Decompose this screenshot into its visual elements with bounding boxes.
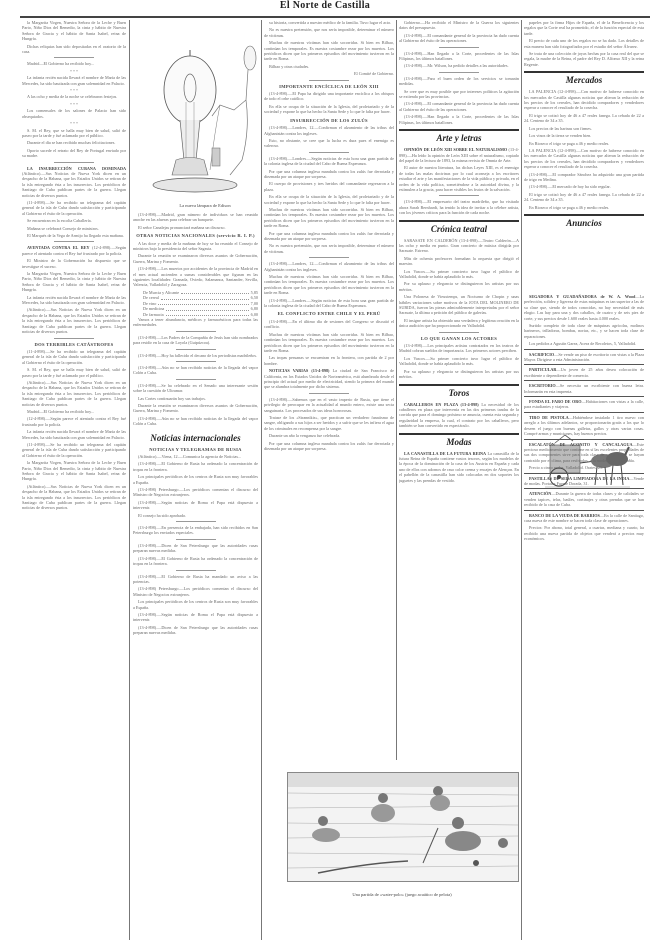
ad-heading: PASTILLAS DE SEDA LIMPIADORA DE LA INDIA: [529, 476, 629, 481]
paragraph: Los Vascos.—Su primer concierto tuvo lug…: [399, 356, 519, 367]
paragraph: Por que una columna inglesa mandada cont…: [264, 441, 394, 452]
divider: [524, 380, 644, 381]
separator: [309, 152, 349, 153]
paragraph: LA PALENCIA (12-4-898).—Con motivo de ha…: [524, 148, 644, 170]
price-table: De Murcia y Alicante5,85 De cereal6,50 D…: [133, 290, 258, 317]
article-heading: LA INSURRECCIÓN CUBANA DOMINADA: [27, 166, 126, 171]
paragraph: (13-4-898).—El comprador Sánchez ha adqu…: [524, 172, 644, 183]
section-heading-toros: Toros: [399, 384, 519, 399]
paragraph: El precio de cada uno de los regalos no …: [524, 38, 644, 49]
paragraph: Se encuentran en la escolta Caballería.: [22, 218, 126, 223]
paragraph: (13-4-898) Petersburgo.—Los periódicos c…: [133, 487, 258, 498]
separator: [176, 521, 216, 522]
paragraph: (13-4-898).—Han llegado a la Corte, proc…: [399, 114, 519, 125]
separator: [176, 331, 216, 332]
paragraph: Tratase de los «Strannikis», que practic…: [264, 415, 394, 431]
separator-stars: * * *: [22, 121, 126, 126]
paragraph: (13-4-898).—Londres, 12.—Confirman el al…: [264, 261, 394, 272]
paragraph: Por que una columna inglesa mandada cont…: [264, 231, 394, 242]
ad-heading: SEGADORA Y GUADAÑADORA de W. A. Wood: [529, 294, 635, 299]
paragraph: S. M. el Rey, que se halla muy bien de s…: [22, 367, 126, 378]
paragraph: La canastilla de la futura Reina de Espa…: [399, 451, 519, 483]
paragraph: (13-4-898).—En presencia de la embajada,…: [133, 525, 258, 536]
paragraph: Muchas de nuestras víctimas han sido soc…: [264, 332, 394, 354]
paragraph: (Atlántico).—Viena, 12.—Comunica la agen…: [133, 454, 258, 459]
paragraph: (13-4-898).—El empresario del teatro mad…: [399, 199, 519, 215]
section-heading-modas: Modas: [399, 433, 519, 448]
paragraph: (13-4-898).—Londres.—Según noticias de e…: [264, 298, 394, 309]
paragraph: El trigo se cotizó hoy de 46 a 47 reales…: [524, 192, 644, 203]
paragraph: (13-4-898).—Se ha celebrado en el Senado…: [133, 383, 258, 394]
paragraph: El Ministro de la Gobernación ha dispues…: [22, 258, 126, 269]
separator: [176, 349, 216, 350]
divider: [524, 473, 644, 474]
paragraph: No es nuestra pretensión, que nos sería …: [264, 27, 394, 38]
column-rule: [521, 20, 522, 940]
paragraph: Los vinos de la tierra se venden bien.: [524, 133, 644, 138]
paragraph: El autor de nuestra literatura, las dich…: [399, 165, 519, 192]
column-rule: [129, 20, 130, 940]
paragraph: El trigo se cotizó hoy de 46 a 47 reales…: [524, 113, 644, 124]
ad-text: Los pedidos a Agustín Garea, Acera de Re…: [524, 341, 644, 346]
paragraph: En ella se ocupa de la situación de la I…: [264, 104, 394, 115]
divider: [524, 412, 644, 413]
divider: [524, 396, 644, 397]
separator: [439, 47, 479, 48]
paragraph: Los precios de las harinas son firmes.: [524, 126, 644, 131]
water-polo-illustration: [287, 772, 519, 882]
edison-lamp-illustration: [150, 30, 260, 215]
paragraph: Las tropas peruanas se encuentran en la …: [264, 355, 394, 366]
paragraph: (13-4-898).—En el último día de sesiones…: [264, 319, 394, 330]
paragraph: El Marqués de la Vega de Armijo ha llega…: [22, 233, 126, 238]
water-polo-caption: Una partida de «water-polo» (juego acuát…: [287, 892, 517, 897]
separator: [309, 393, 349, 394]
paragraph: Durante el día se han recibido muchas fe…: [22, 140, 126, 145]
column-1: la Margarita Virgen, Nuestra Señora de l…: [22, 20, 126, 940]
divider: [524, 439, 644, 440]
paragraph: la Margarita Virgen, Nuestra Señora de l…: [22, 20, 126, 42]
separator: [176, 379, 216, 380]
paragraph: (Atlántico).—Sus Noticias de Nueva York …: [22, 171, 126, 198]
paragraph: (13-4-898).—Dicen de San Petersburgo que…: [133, 543, 258, 554]
ad-heading: SACRIFICIO: [529, 352, 554, 357]
separator-stars: * * *: [22, 88, 126, 93]
separator: [176, 361, 216, 362]
divider: [524, 510, 644, 511]
paragraph: Durante la reunión se examinaron diverso…: [133, 253, 258, 264]
column-5: papeles por la firma Hijos de España, el…: [524, 20, 644, 940]
paragraph: (13-4-898).—El Gobierno de Rusia ha orde…: [133, 461, 258, 472]
illustration-spacer: [524, 232, 644, 294]
article-heading: LA CANASTILLA DE LA FUTURA REINA: [404, 451, 486, 456]
article-heading: DOS TERRIBLES CATÁSTROFES: [22, 342, 126, 347]
paragraph: su historia, convertida a nuestro médico…: [264, 20, 394, 25]
ad-text: Precios: Por abono, total general, a cua…: [524, 525, 644, 541]
paragraph: Por su aplauso y elegancia se distinguie…: [399, 369, 519, 380]
paragraph: (13-4-898).—Para el buen orden de los se…: [399, 76, 519, 87]
paragraph: Los principales periódicos de los centro…: [133, 474, 258, 485]
section-heading-arte-y-letras: Arte y letras: [399, 129, 519, 144]
paragraph: En ella se ocupa de la situación de la I…: [264, 194, 394, 205]
paragraph: La infanta recién nacida llevará el nomb…: [22, 429, 126, 440]
paragraph: Durante un año la venganza fue celebrada…: [264, 433, 394, 438]
article-heading: EL CONFLICTO ENTRE CHILE Y EL PERÚ: [264, 311, 394, 316]
paragraph: A las ocho y media de la noche se celebr…: [22, 94, 126, 99]
separator: [309, 80, 349, 81]
paragraph: LA PALENCIA (12-4-898).—Con motivo de ha…: [524, 89, 644, 111]
paragraph: (13-4-898).—Sabemos que en el vasto impe…: [264, 397, 394, 413]
separator: [54, 338, 94, 339]
paragraph: Más de ochenta profesores formaban la or…: [399, 256, 519, 267]
article-heading: INSURRECCIÓN DE LOS ZULÚS: [264, 118, 394, 123]
divider: [524, 488, 644, 489]
section-heading-mercados: Mercados: [524, 71, 644, 86]
paragraph: (Atlántico).—Sus Noticias de Nueva York …: [22, 307, 126, 334]
section-heading-anuncios: Anuncios: [524, 214, 644, 229]
ad-heading: ESCRITORIO: [529, 383, 556, 388]
separator-stars: * * *: [22, 69, 126, 74]
masthead-rule: [20, 16, 650, 18]
ad-text: Surtido completo de toda clase de máquin…: [524, 323, 644, 339]
paragraph: El señor Canalejas pronunciará mañana un…: [133, 225, 258, 230]
paragraph: El insigne artista ha obtenido una verda…: [399, 318, 519, 329]
paragraph: papeles por la firma Hijos de España, el…: [524, 20, 644, 36]
paragraph: Las Cortes continuarán hoy sus trabajos.: [133, 396, 258, 401]
separator: [54, 57, 94, 58]
paragraph: (13-4-898).—El comandante general de la …: [399, 101, 519, 112]
divider: [524, 349, 644, 350]
paragraph: En Rioseco el trigo se paga a 46 y medio…: [524, 205, 644, 210]
paragraph: Muchas de nuestras víctimas han sido soc…: [264, 274, 394, 296]
paragraph: Muchas de nuestras víctimas han sido soc…: [264, 40, 394, 62]
ad-heading: TIRO DE PISTOLA: [529, 415, 569, 420]
paragraph: (13-4-898).—Los Padres de la Compañía de…: [133, 335, 258, 346]
ad-heading: ESCALATÓN DE ACONITO Y CANCALAGUA: [529, 442, 633, 447]
paragraph: Durante la reunión se examinaron diverso…: [133, 403, 258, 414]
separator-stars: * * *: [22, 102, 126, 107]
separator: [439, 332, 479, 333]
column-rule: [261, 20, 262, 940]
paragraph: Oporto sucede el retrato del Rey de Port…: [22, 148, 126, 159]
paragraph: (Atlántico).—Sus Noticias de Nueva York …: [22, 484, 126, 511]
paragraph: (13-4-898).—Según noticias de Roma el Pa…: [133, 500, 258, 511]
separator: [176, 539, 216, 540]
paragraph: Gobierno.—Ha recibido el Ministro de la …: [399, 20, 519, 31]
paragraph: Una Polonesa de Vieuxtemps, un Nocturno …: [399, 294, 519, 316]
paragraph: Vamos a tener abundancia, médicos y farm…: [133, 317, 258, 328]
paragraph: Muchas de nuestras víctimas han sido soc…: [264, 207, 394, 229]
lamp-caption: La nueva lámpara de Edison: [150, 203, 260, 208]
paragraph: (11-4-898).—Se ha recibido un telegrama …: [22, 349, 126, 365]
paragraph: A las doce y media de la mañana de hoy s…: [133, 241, 258, 252]
paragraph: La infanta recién nacida llevará el nomb…: [22, 295, 126, 306]
paragraph: (13-4-898).—Los muertos por accidentes d…: [133, 266, 258, 288]
paragraph: (13-4-898).—Aún no se han recibido notic…: [133, 416, 258, 427]
paragraph: En Rioseco el trigo se paga a 46 y medio…: [524, 141, 644, 146]
paragraph: (13-4-898).—Los principales artistas con…: [399, 343, 519, 354]
article-heading: IMPORTANTE ENCÍCLICA DE LEÓN XIII: [264, 84, 394, 89]
paragraph: (13-4-898).—El comandante general de la …: [399, 33, 519, 44]
paragraph: Por que una columna inglesa mandada cont…: [264, 169, 394, 180]
paragraph: (13-4-898).—Mr. Wilson, ha pedido detall…: [399, 63, 519, 68]
paragraph: (13-4-898).—El Gobierno de Rusia ha orde…: [133, 556, 258, 567]
paragraph: Madrid—El Gobierno ha recibido hoy...: [22, 409, 126, 414]
paragraph: Madrid—El Gobierno ha recibido hoy...: [22, 61, 126, 66]
paragraph: Bilbao y otras ciudades.: [264, 64, 394, 69]
paragraph: (13-4-898).—El mercado de hoy ha sido re…: [524, 184, 644, 189]
article-heading: NOTICIAS Y TELEGRAMAS DE RUSIA: [133, 447, 258, 452]
paragraph: El cuerpo de provisiones y tres heridos …: [264, 181, 394, 192]
paragraph: Los principales periódicos de los centro…: [133, 599, 258, 610]
ad-heading: FONDA EL FARO DE ORO: [529, 399, 582, 404]
article-heading: AVENTADA CONTRA EL REY: [27, 245, 90, 250]
paragraph: Los Vascos.—Su primer concierto tuvo lug…: [399, 269, 519, 280]
paragraph: (13-4-898).—Londres, 12.—Confirman el al…: [264, 125, 394, 136]
separator: [54, 162, 94, 163]
separator: [309, 257, 349, 258]
paragraph: (11-4-898).—Se ha recibido un telegrama …: [22, 442, 126, 458]
paragraph: (11-4-898).—Se ha recibido un telegrama …: [22, 200, 126, 216]
paragraph: (13-4-898).—Han llegado a la Corte, proc…: [399, 51, 519, 62]
paragraph: Se trata de una colección de joyas hecha…: [524, 51, 644, 67]
paragraph: Dichas reliquias han sido depositadas en…: [22, 44, 126, 55]
separator: [439, 195, 479, 196]
separator: [54, 241, 94, 242]
article-heading: OPINIÓN DE LEÓN XIII SOBRE EL NATURALISM…: [404, 147, 507, 152]
column-3: su historia, convertida a nuestro médico…: [264, 20, 394, 770]
separator: [439, 72, 479, 73]
paragraph: Por su aplauso y elegancia se distinguie…: [399, 281, 519, 292]
paragraph: (13-4-898) Petersburgo.—Los periódicos c…: [133, 586, 258, 597]
article-heading: CABALLEROS EN PLAZA (13-4-898): [404, 402, 479, 407]
paragraph: No es nuestra pretensión, que nos sería …: [264, 243, 394, 254]
divider: [524, 364, 644, 365]
paragraph: El consejo ha sido aprobado.: [133, 513, 258, 518]
paragraph: (13-4-898).—Londres.—Según noticias de e…: [264, 156, 394, 167]
paragraph: la Margarita Virgen, Nuestra Señora de l…: [22, 460, 126, 482]
paragraph: Los comensales de los salones de Palacio…: [22, 108, 126, 119]
column-rule: [396, 20, 397, 760]
section-heading-noticias-internacionales: Noticias internacionales: [133, 431, 258, 444]
paragraph: (13-4-898).—Según noticias de Roma el Pa…: [133, 612, 258, 623]
section-heading-cronica-teatral: Crónica teatral: [399, 220, 519, 235]
article-heading: NOTICIAS VARIAS (13-4-898): [269, 368, 329, 373]
ad-heading: ATENCIÓN: [529, 491, 551, 496]
signature: El Comité de Gobierno.: [264, 71, 394, 76]
column-4: Gobierno.—Ha recibido el Ministro de la …: [399, 20, 519, 770]
paragraph: (13-4-898).—El Papa ha dirigido una impo…: [264, 91, 394, 102]
ad-text: Precio a cinco reales. Valladolid. Orate…: [524, 465, 644, 470]
article-heading: OTRAS NOTICIAS NACIONALES (servicio R. I…: [133, 233, 258, 238]
paragraph: (13-4-898).—Aún no se han recibido notic…: [133, 365, 258, 376]
paragraph: (Atlántico).—Sus Noticias de Nueva York …: [22, 380, 126, 407]
paragraph: (13-4-898).—Dicen de San Petersburgo que…: [133, 625, 258, 636]
separator: [176, 570, 216, 571]
paragraph: (13-4-898).—Hoy ha fallecido el decano d…: [133, 353, 258, 358]
ad-heading: BANCO DE LA VIUDA DE BARRIOS: [529, 513, 600, 518]
paragraph: (12-4-898).—Según parece el atentado con…: [22, 416, 126, 427]
paragraph: La infanta recién nacida llevará el nomb…: [22, 75, 126, 86]
paragraph: SARASATE EN CALDERÓN (13-4-898).—Teatro …: [399, 238, 519, 254]
paragraph: Se cree que es muy posible que por inter…: [399, 89, 519, 100]
column-2: (13-4-898).—Madrid, gran número de indiv…: [133, 212, 258, 940]
paragraph: (13-4-898).—El Gobierno de Rusia ha mand…: [133, 574, 258, 585]
paragraph: Mañana se celebrará Consejo de ministros…: [22, 226, 126, 231]
paragraph: (13-4-898).—Madrid, gran número de indiv…: [133, 212, 258, 223]
paragraph: la Margarita Virgen, Nuestra Señora de l…: [22, 271, 126, 293]
paragraph: S. M. el Rey, que se halla muy bien de s…: [22, 128, 126, 139]
paragraph: Esto, no obstante, se cree que la lucha …: [264, 138, 394, 149]
ad-heading: PARTICULAR: [529, 367, 556, 372]
article-heading: LO QUE GANAN LOS ACTORES: [399, 336, 519, 341]
